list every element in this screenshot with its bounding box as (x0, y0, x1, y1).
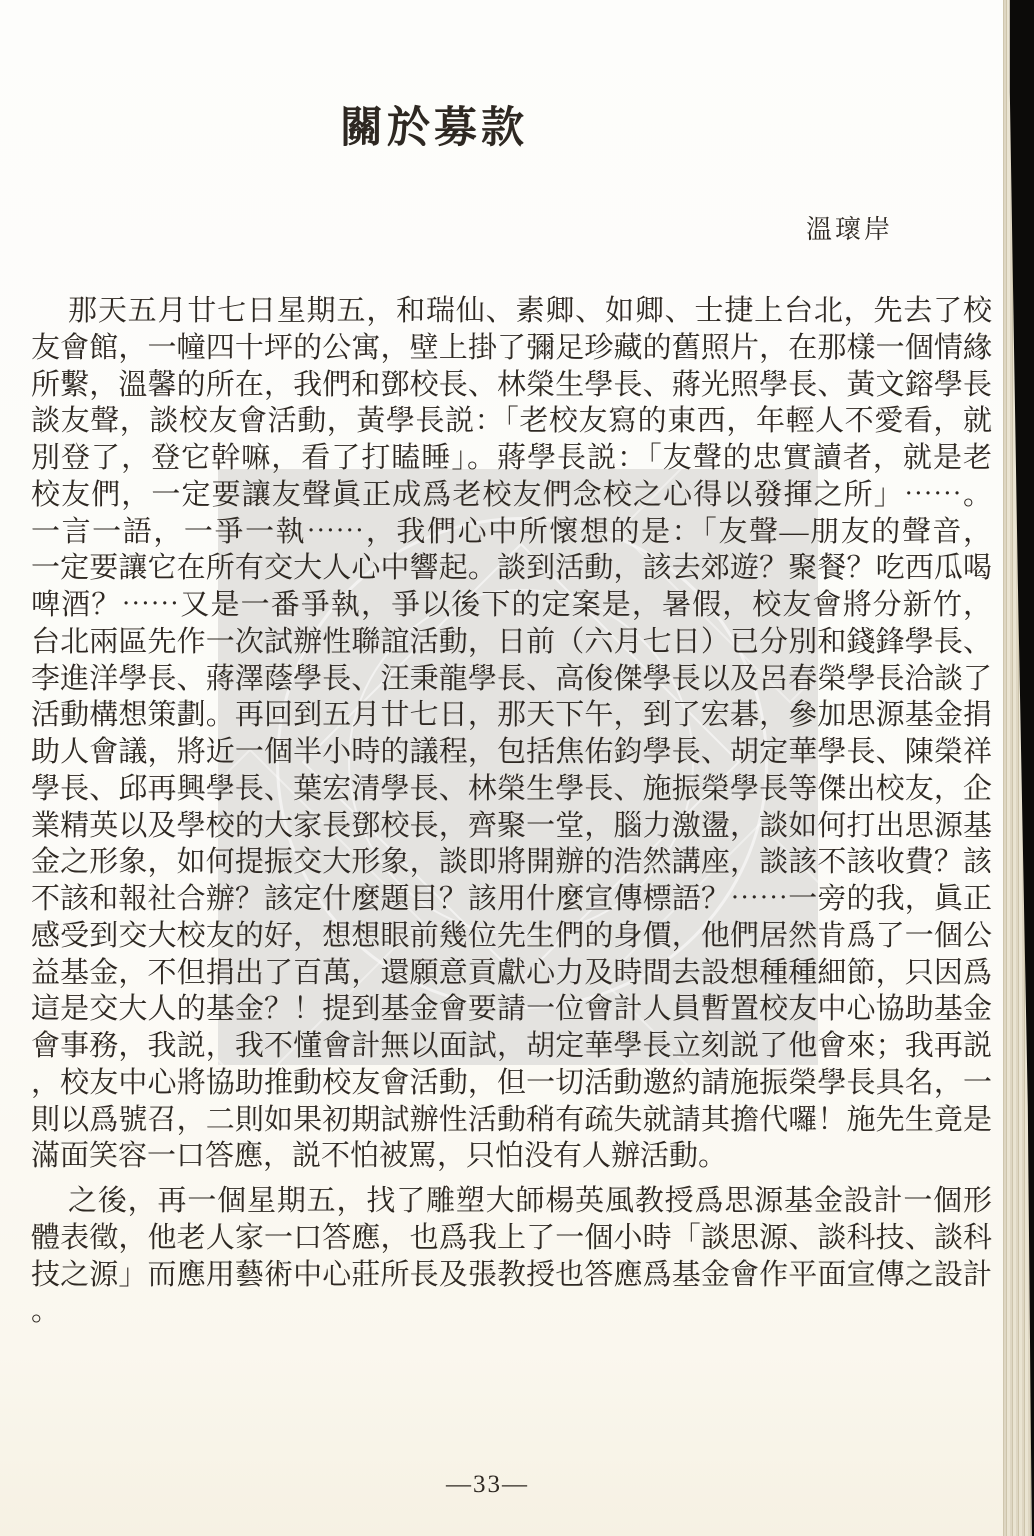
paragraph: 之後，再一個星期五，找了雕塑大師楊英風教授爲思源基金設計一個形體表徵，他老人家一… (31, 1183, 992, 1330)
body-line: 這是交大人的基金？！提到基金會要請一位會計人員暫置校友中心協助基金 (31, 991, 992, 1028)
body-line: 一言一語，一爭一執⋯⋯，我們心中所懷想的是：「友聲—朋友的聲音， (31, 514, 992, 551)
body-line: 益基金，不但捐出了百萬，還願意貢獻心力及時間去設想種種細節，只因爲 (31, 955, 992, 992)
body-line: 。 (31, 1293, 992, 1330)
article-title: 關於募款 (340, 94, 528, 155)
body-line: 學長、邱再興學長、葉宏清學長、林榮生學長、施振榮學長等傑出校友，企 (31, 771, 992, 808)
body-line: 體表徵，他老人家一口答應，也爲我上了一個小時「談思源、談科技、談科 (31, 1220, 992, 1257)
body-line: 滿面笑容一口答應，説不怕被罵，只怕没有人辦活動。 (31, 1138, 992, 1175)
body-line: 談友聲，談校友會活動，黃學長説：「老校友寫的東西，年輕人不愛看，就 (31, 403, 992, 440)
body-line: 則以爲號召，二則如果初期試辦性活動稍有疏失就請其擔代囉！施先生竟是 (31, 1102, 992, 1139)
body-line: 技之源」而應用藝術中心莊所長及張教授也答應爲基金會作平面宣傳之設計 (31, 1257, 992, 1294)
body-line: 之後，再一個星期五，找了雕塑大師楊英風教授爲思源基金設計一個形 (31, 1183, 992, 1220)
article-body: 那天五月廿七日星期五，和瑞仙、素卿、如卿、士捷上台北，先去了校友會館，一幢四十坪… (31, 293, 992, 1330)
body-line: 校友們，一定要讓友聲眞正成爲老校友們念校之心得以發揮之所」⋯⋯。 (31, 477, 992, 514)
body-line: 台北兩區先作一次試辦性聯誼活動，日前（六月七日）已分別和錢鋒學長、 (31, 624, 992, 661)
article-author: 溫瓌岸 (806, 209, 893, 246)
scanned-page: 關於募款 溫瓌岸 那天五月廿七日星期五，和瑞仙、素卿、如卿、士捷上台北，先去了校… (0, 0, 1034, 1536)
body-line: 李進洋學長、蔣澤蔭學長、汪秉龍學長、高俊傑學長以及呂春榮學長洽談了 (31, 661, 992, 698)
page-number: —33— (0, 1471, 975, 1499)
paragraph: 那天五月廿七日星期五，和瑞仙、素卿、如卿、士捷上台北，先去了校友會館，一幢四十坪… (31, 293, 992, 1175)
body-line: 會事務，我説，我不懂會計無以面試，胡定華學長立刻説了他會來；我再説 (31, 1028, 992, 1065)
book-page-edge (1003, 0, 1034, 1536)
body-line: 活動構想策劃。再回到五月廿七日，那天下午，到了宏碁，參加思源基金捐 (31, 697, 992, 734)
body-line: ，校友中心將協助推動校友會活動，但一切活動邀約請施振榮學長具名，一 (31, 1065, 992, 1102)
body-line: 啤酒？⋯⋯又是一番爭執，爭以後下的定案是，暑假，校友會將分新竹， (31, 587, 992, 624)
body-line: 業精英以及學校的大家長鄧校長，齊聚一堂，腦力激盪，談如何打出思源基 (31, 808, 992, 845)
body-line: 別登了，登它幹嘛，看了打瞌睡」。蔣學長説：「友聲的忠實讀者，就是老 (31, 440, 992, 477)
body-line: 友會館，一幢四十坪的公寓，壁上掛了彌足珍藏的舊照片，在那樣一個情緣 (31, 330, 992, 367)
body-line: 不該和報社合辦？該定什麼題目？該用什麼宣傳標語？⋯⋯一旁的我，眞正 (31, 881, 992, 918)
body-line: 助人會議，將近一個半小時的議程，包括焦佑鈞學長、胡定華學長、陳榮祥 (31, 734, 992, 771)
body-line: 感受到交大校友的好，想想眼前幾位先生們的身價，他們居然肯爲了一個公 (31, 918, 992, 955)
body-line: 那天五月廿七日星期五，和瑞仙、素卿、如卿、士捷上台北，先去了校 (31, 293, 992, 330)
body-line: 所繫，溫馨的所在，我們和鄧校長、林榮生學長、蔣光照學長、黃文鎔學長 (31, 367, 992, 404)
body-line: 金之形象，如何提振交大形象，談即將開辦的浩然講座，談該不該收費？該 (31, 844, 992, 881)
body-line: 一定要讓它在所有交大人心中響起。談到活動，該去郊遊？聚餐？吃西瓜喝 (31, 550, 992, 587)
